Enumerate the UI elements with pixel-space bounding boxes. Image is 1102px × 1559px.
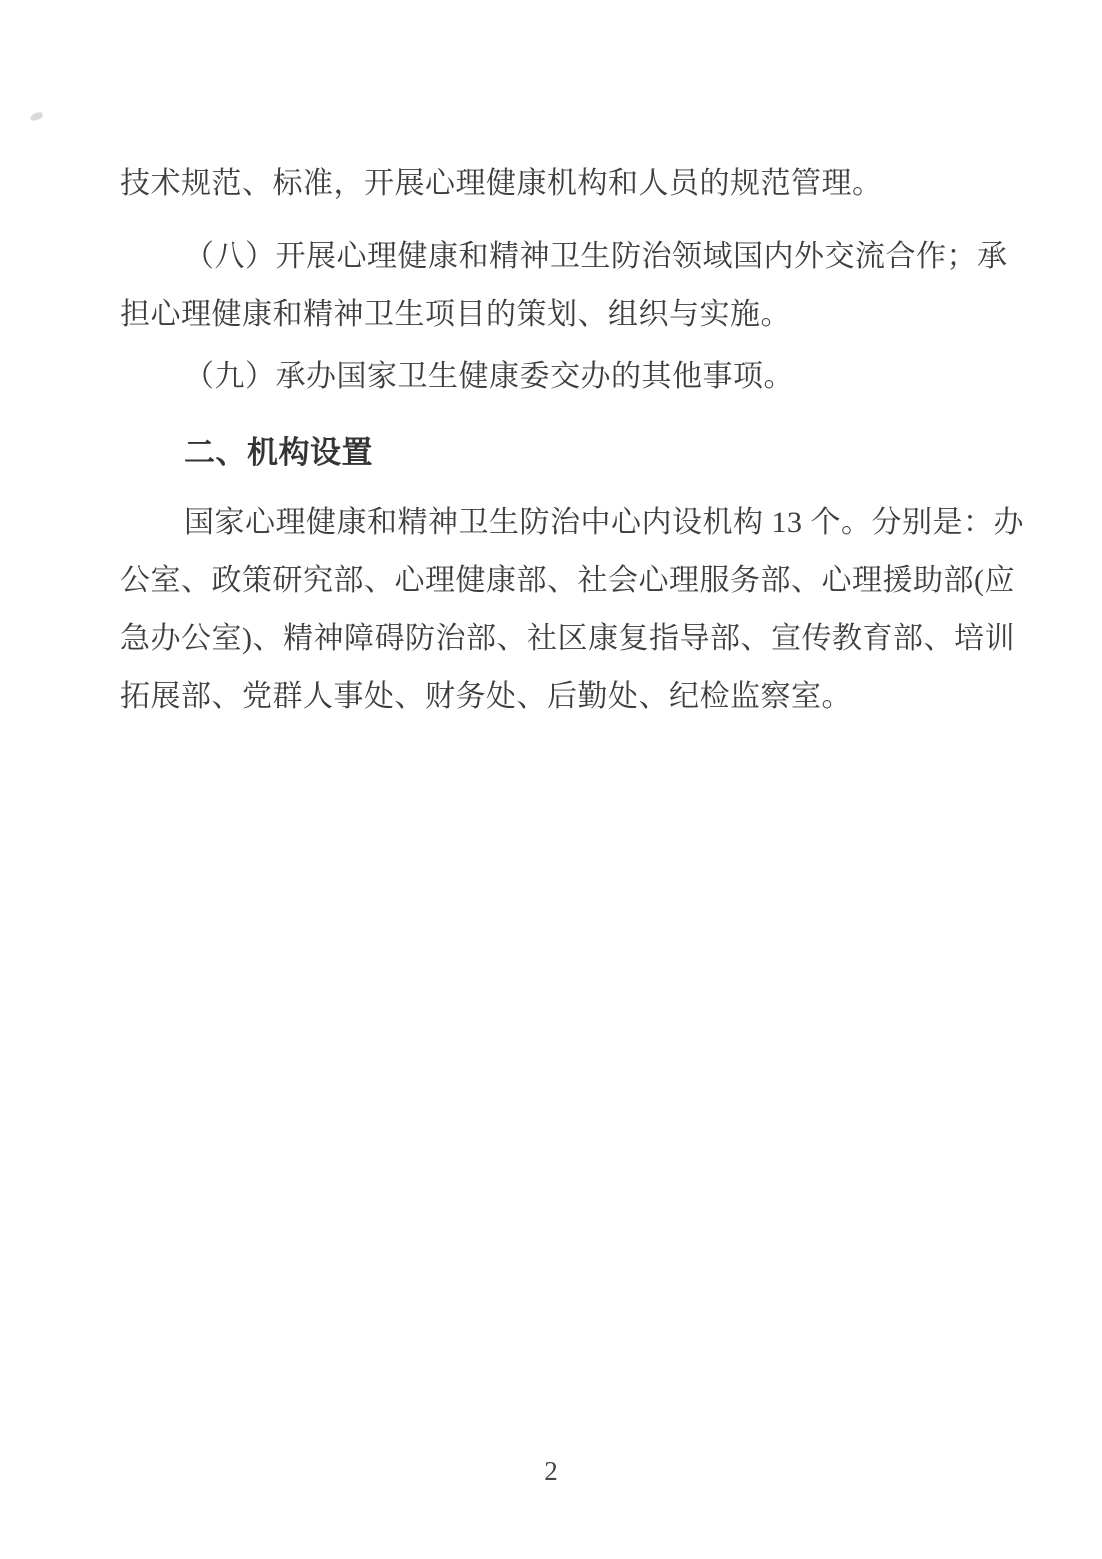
page-number: 2 [0,1452,1102,1490]
text-line: 国家心理健康和精神卫生防治中心内设机构 13 个。分别是：办 [120,494,986,552]
paragraph-item-8: （八）开展心理健康和精神卫生防治领域国内外交流合作；承 担心理健康和精神卫生项目… [120,228,986,344]
text-line: 公室、政策研究部、心理健康部、社会心理服务部、心理援助部(应 [120,552,986,610]
text-line: 拓展部、党群人事处、财务处、后勤处、纪检监察室。 [120,668,986,726]
text-line: （八）开展心理健康和精神卫生防治领域国内外交流合作；承 [120,228,986,286]
scan-speck [29,111,44,122]
paragraph-continuation: 技术规范、标准，开展心理健康机构和人员的规范管理。 [120,155,986,213]
document-page: 技术规范、标准，开展心理健康机构和人员的规范管理。 （八）开展心理健康和精神卫生… [0,0,1102,1559]
section-heading-text: 二、机构设置 [120,424,986,482]
paragraph-item-9: （九）承办国家卫生健康委交办的其他事项。 [120,348,986,406]
section-heading: 二、机构设置 [120,424,986,482]
text-line: （九）承办国家卫生健康委交办的其他事项。 [120,348,986,406]
text-line: 担心理健康和精神卫生项目的策划、组织与实施。 [120,286,986,344]
paragraph-org-structure: 国家心理健康和精神卫生防治中心内设机构 13 个。分别是：办 公室、政策研究部、… [120,494,986,726]
text-line: 技术规范、标准，开展心理健康机构和人员的规范管理。 [120,155,986,213]
text-line: 急办公室)、精神障碍防治部、社区康复指导部、宣传教育部、培训 [120,610,986,668]
